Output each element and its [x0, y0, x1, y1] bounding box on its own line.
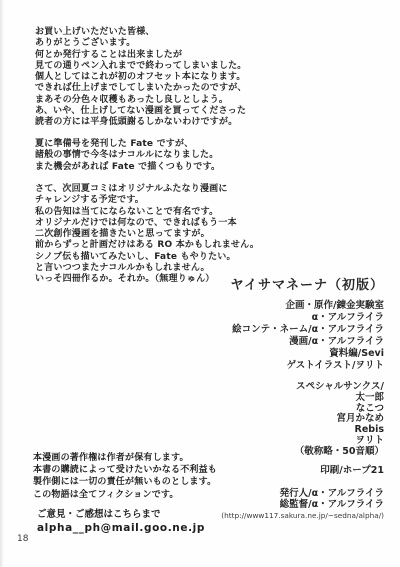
afterword-line: あ、いや、仕上げしてない漫画を買ってくださった	[35, 106, 247, 117]
afterword-line: 読者の方には平身低頭謝るしかないわけですが。	[35, 117, 247, 128]
afterword-line: お買い上げいただいた皆様、	[35, 27, 247, 38]
afterword-paragraph-3: さて、次回夏コミはオリジナルふたなり漫画に チャレンジする予定です。 私の告知は…	[35, 184, 259, 286]
publisher-credit: 発行人/α・アルフライラ	[221, 488, 384, 499]
book-title: ヤイサマネーナ（初版）	[221, 278, 384, 293]
disclaimer-line: この物語は全てフィクションです。	[33, 489, 217, 501]
credit-line: ゲストイラスト/ヲリト	[221, 360, 384, 372]
special-thanks-list: スペシャルサンクス/ 太一郎 なこつ 宮月かなめ Rebis ヲリト （敬称略・…	[221, 382, 384, 458]
colophon-credits-block: ヤイサマネーナ（初版） 企画・原作/錬金実験室 α・アルフライラ 絵コンテ・ネー…	[221, 278, 384, 521]
credit-line: 絵コンテ・ネーム/α・アルフライラ	[221, 324, 384, 336]
afterword-line: 私の告知は当てにならないことで有名です。	[35, 207, 259, 218]
afterword-line: さて、次回夏コミはオリジナルふたなり漫画に	[35, 184, 259, 195]
afterword-line: と言いつつまたナコルルかもしれません。	[35, 263, 259, 274]
credit-line: 漫画/α・アルフライラ	[221, 336, 384, 348]
disclaimer-line: 本漫画の著作権は作者が保有します。	[33, 452, 217, 464]
credit-line: α・アルフライラ	[221, 312, 384, 324]
afterword-line: まあその分色々収穫もあったし良しとしよう。	[35, 95, 247, 106]
director-credit: 総監督/α・アルフライラ	[221, 499, 384, 510]
afterword-paragraph-1: お買い上げいただいた皆様、 ありがとうございます。 何とか発行することは出来まし…	[35, 27, 247, 129]
page-number: 18	[17, 534, 28, 544]
disclaimer-line: 本書の購読によって受けたいかなる不利益も	[33, 464, 217, 476]
contact-block: ご意見・ご感想はこちらまで alpha__ph@mail.goo.ne.jp	[37, 509, 205, 535]
afterword-line: 前からずっと計画だけはある RO 本かもしれません。	[35, 240, 259, 251]
printing-credit: 印刷/ホープ21	[221, 465, 384, 477]
afterword-line: 何とか発行することは出来ましたが	[35, 50, 247, 61]
scan-edge-artifact	[0, 0, 4, 567]
credits-list: 企画・原作/錬金実験室 α・アルフライラ 絵コンテ・ネーム/α・アルフライラ 漫…	[221, 300, 384, 372]
afterword-line: ありがとうございます。	[35, 38, 247, 49]
afterword-line: 諸般の事情で今冬はナコルルになりました。	[35, 150, 220, 161]
scanned-doujinshi-colophon-page: お買い上げいただいた皆様、 ありがとうございます。 何とか発行することは出来まし…	[0, 0, 400, 567]
afterword-line: 二次創作漫画を描きたいと思ってますが。	[35, 229, 259, 240]
website-url: (http://www117.sakura.ne.jp/~sedna/alpha…	[221, 510, 384, 521]
afterword-line: オリジナルだけでは何なので、できればもう一本	[35, 218, 259, 229]
contact-email: alpha__ph@mail.goo.ne.jp	[37, 521, 205, 535]
disclaimer-block: 本漫画の著作権は作者が保有します。 本書の購読によって受けたいかなる不利益も 製…	[33, 452, 217, 501]
afterword-line: 見ての通りペン入れまでで終わってしまいました。	[35, 61, 247, 72]
afterword-line: チャレンジする予定です。	[35, 195, 259, 206]
afterword-line: シノブ伝も描いてみたいし、Fate もやりたい。	[35, 252, 259, 263]
credit-line: 企画・原作/錬金実験室	[221, 300, 384, 312]
afterword-line: 夏に準備号を発刊した Fate ですが、	[35, 139, 220, 150]
disclaimer-line: 製作側には一切の責任が無いものとします。	[33, 476, 217, 488]
contact-label: ご意見・ご感想はこちらまで	[37, 509, 205, 521]
special-thanks-note: （敬称略・50音順）	[221, 447, 384, 458]
afterword-paragraph-2: 夏に準備号を発刊した Fate ですが、 諸般の事情で今冬はナコルルになりました…	[35, 139, 220, 173]
afterword-line: 個人としてはこれが初のオフセット本になります。	[35, 72, 247, 83]
credit-line: 資料編/Sevi	[221, 348, 384, 360]
publisher-block: 発行人/α・アルフライラ 総監督/α・アルフライラ (http://www117…	[221, 488, 384, 521]
afterword-line: また機会があれば Fate で描くつもりです。	[35, 162, 220, 173]
afterword-line: できれば仕上げまでしてしまいたかったのですが、	[35, 83, 247, 94]
special-thanks-name: 太一郎	[221, 393, 384, 404]
